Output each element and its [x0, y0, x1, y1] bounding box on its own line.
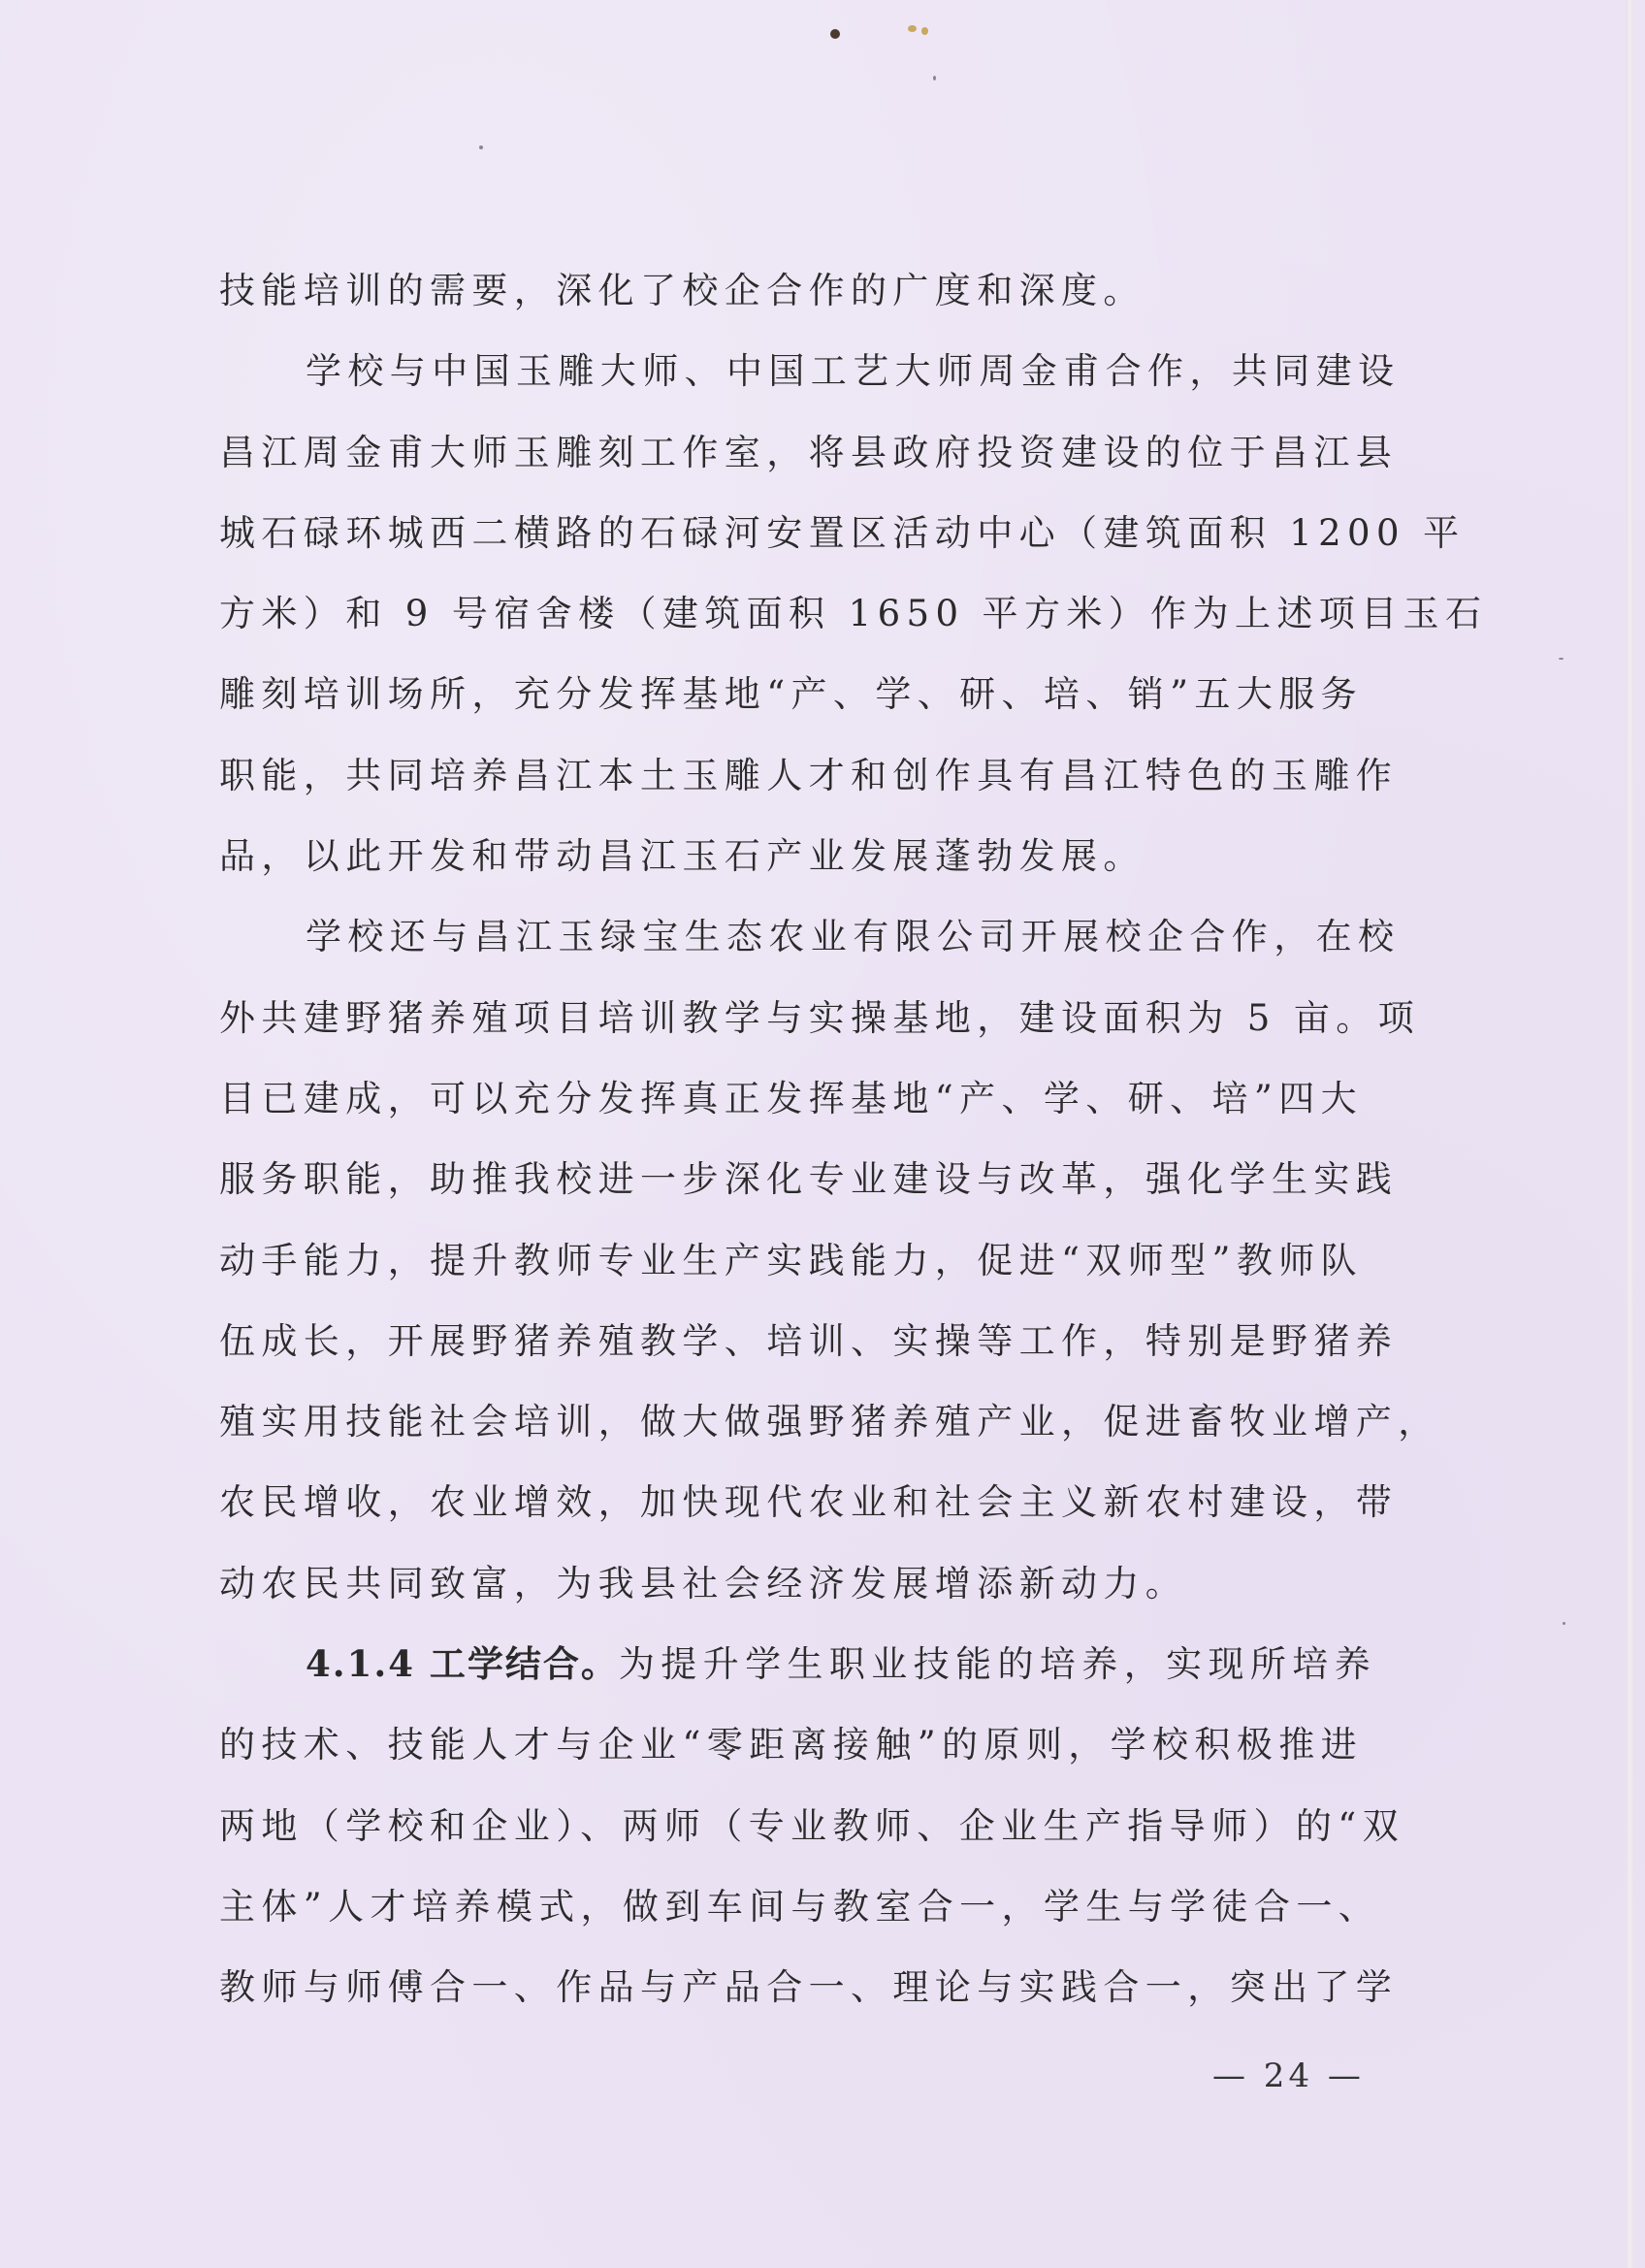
section-heading-line: 4.1.4 工学结合。为提升学生职业技能的培养，实现所培养 — [219, 1624, 1432, 1704]
text-line: 技能培训的需要，深化了校企合作的广度和深度。 — [219, 250, 1432, 331]
text-line: 外共建野猪养殖项目培训教学与实操基地，建设面积为 5 亩。项 — [219, 978, 1432, 1058]
text-line: 动农民共同致富，为我县社会经济发展增添新动力。 — [219, 1543, 1432, 1624]
scan-speck — [479, 146, 483, 149]
document-body: 技能培训的需要，深化了校企合作的广度和深度。 学校与中国玉雕大师、中国工艺大师周… — [219, 250, 1432, 2028]
scan-speck — [1563, 1622, 1565, 1625]
text-line: 城石碌环城西二横路的石碌河安置区活动中心（建筑面积 1200 平 — [219, 493, 1432, 573]
scan-speck — [830, 29, 840, 39]
text-line: 品，以此开发和带动昌江玉石产业发展蓬勃发展。 — [219, 816, 1432, 896]
text-line: 伍成长，开展野猪养殖教学、培训、实操等工作，特别是野猪养 — [219, 1301, 1432, 1381]
text-line: 昌江周金甫大师玉雕刻工作室，将县政府投资建设的位于昌江县 — [219, 412, 1432, 493]
text-line: 雕刻培训场所，充分发挥基地“产、学、研、培、销”五大服务 — [219, 654, 1432, 734]
text-line: 目已建成，可以充分发挥真正发挥基地“产、学、研、培”四大 — [219, 1058, 1432, 1139]
scan-speck — [921, 27, 928, 35]
scan-speck — [908, 25, 917, 32]
text-line: 主体”人才培养模式，做到车间与教室合一，学生与学徒合一、 — [219, 1866, 1432, 1947]
text-line: 职能，共同培养昌江本土玉雕人才和创作具有昌江特色的玉雕作 — [219, 735, 1432, 816]
text-line: 动手能力，提升教师专业生产实践能力，促进“双师型”教师队 — [219, 1220, 1432, 1301]
text-line: 的技术、技能人才与企业“零距离接触”的原则，学校积极推进 — [219, 1704, 1432, 1785]
paragraph-first-line: 学校与中国玉雕大师、中国工艺大师周金甫合作，共同建设 — [219, 331, 1432, 411]
section-heading-continuation: 为提升学生职业技能的培养，实现所培养 — [619, 1643, 1376, 1685]
text-line: 方米）和 9 号宿舍楼（建筑面积 1650 平方米）作为上述项目玉石 — [219, 573, 1432, 654]
scan-speck — [1559, 658, 1564, 660]
page-number: — 24 — — [1212, 2057, 1365, 2095]
paragraph-first-line: 学校还与昌江玉绿宝生态农业有限公司开展校企合作，在校 — [219, 896, 1432, 977]
scan-speck — [933, 76, 936, 81]
page-edge-shadow — [1626, 0, 1633, 2268]
text-line: 教师与师傅合一、作品与产品合一、理论与实践合一，突出了学 — [219, 1947, 1432, 2027]
text-line: 农民增收，农业增效，加快现代农业和社会主义新农村建设，带 — [219, 1462, 1432, 1542]
scanned-page: 技能培训的需要，深化了校企合作的广度和深度。 学校与中国玉雕大师、中国工艺大师周… — [0, 0, 1645, 2268]
text-line: 服务职能，助推我校进一步深化专业建设与改革，强化学生实践 — [219, 1139, 1432, 1219]
text-line: 殖实用技能社会培训，做大做强野猪养殖产业，促进畜牧业增产， — [219, 1381, 1432, 1462]
section-heading: 4.1.4 工学结合。 — [306, 1642, 619, 1685]
text-line: 两地（学校和企业）、两师（专业教师、企业生产指导师）的“双 — [219, 1786, 1432, 1866]
